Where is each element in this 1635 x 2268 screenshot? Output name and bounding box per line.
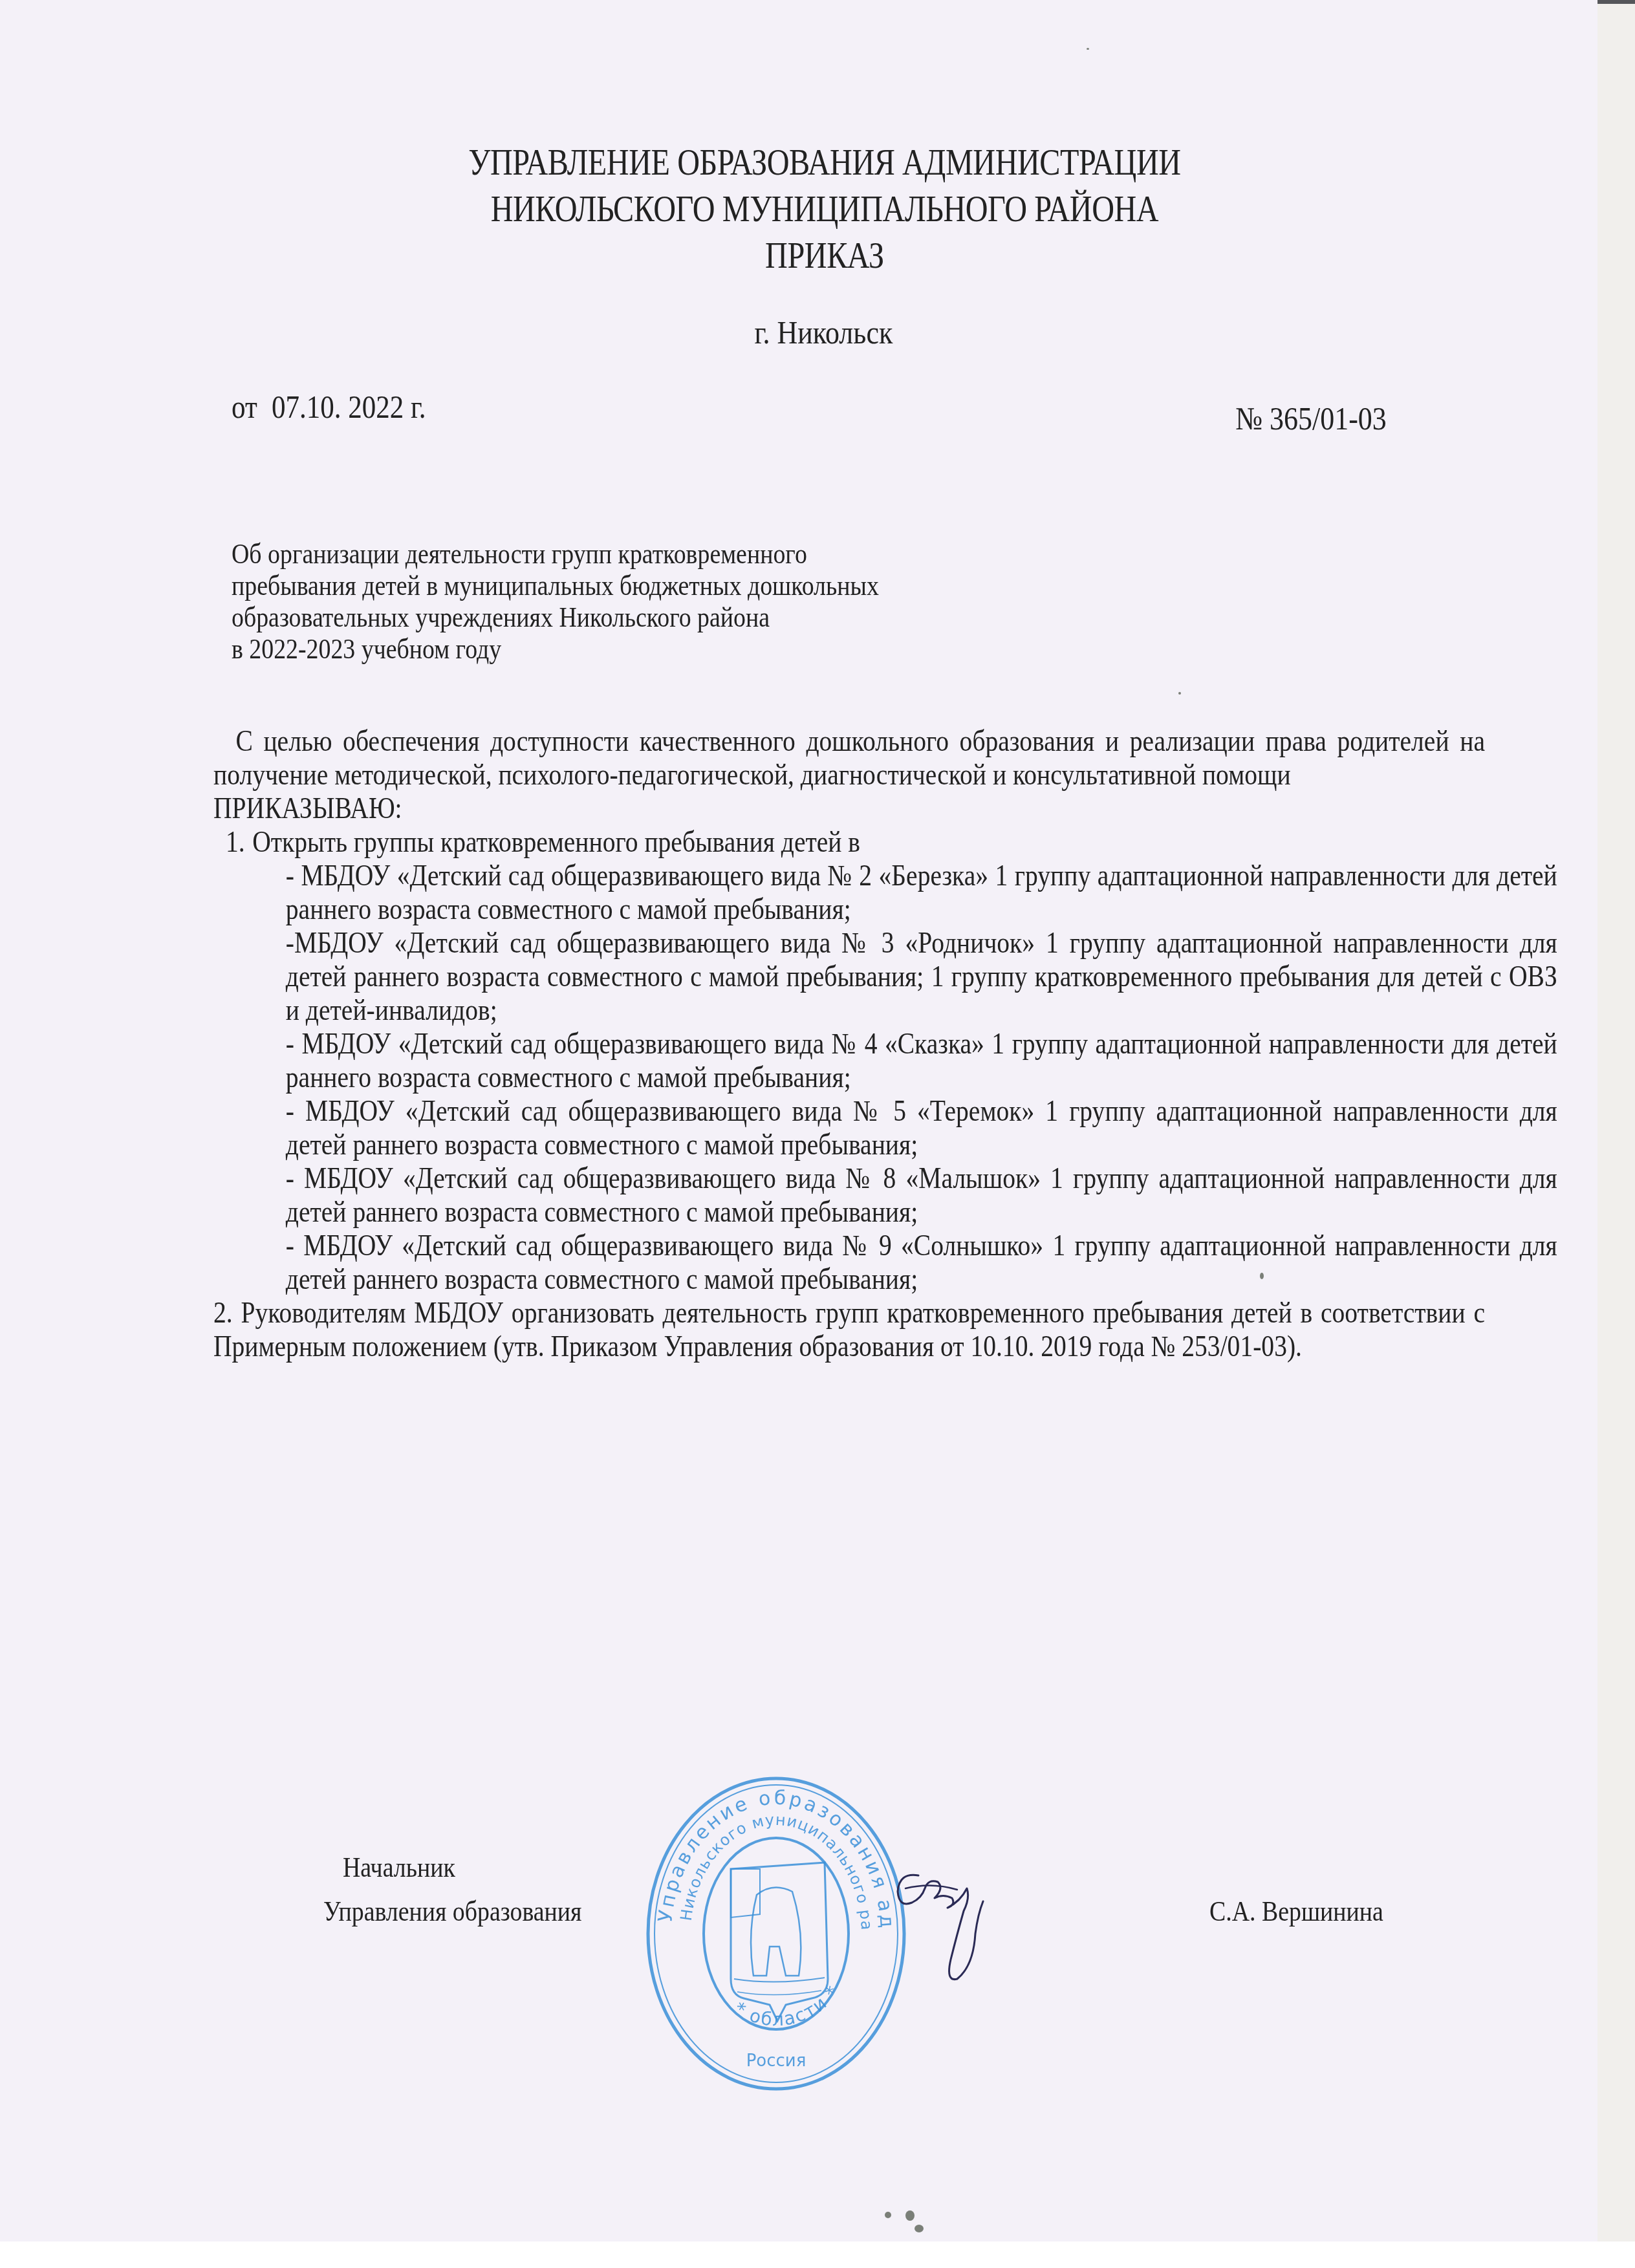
order-item-1: 1. Открыть группы кратковременного пребы… <box>213 825 1485 1296</box>
kindergarten-entry: - МБДОУ «Детский сад общеразвивающего ви… <box>213 1229 1557 1296</box>
ordering-word: ПРИКАЗЫВАЮ: <box>213 792 1485 825</box>
document-page: УПРАВЛЕНИЕ ОБРАЗОВАНИЯ АДМИНИСТРАЦИИ НИК… <box>0 0 1635 2268</box>
subject-line: в 2022-2023 учебном году <box>232 633 1066 665</box>
scan-speck <box>885 2212 891 2218</box>
subject-line: Об организации деятельности групп кратко… <box>232 538 1066 570</box>
preamble: С целью обеспечения доступности качестве… <box>213 724 1485 792</box>
item-number: 1. <box>226 825 245 859</box>
order-body: С целью обеспечения доступности качестве… <box>213 724 1485 1363</box>
handwritten-signature-icon <box>893 1863 1002 1992</box>
signatory-title-line-2: Управления образования <box>323 1895 581 1928</box>
order-subject: Об организации деятельности групп кратко… <box>232 538 1066 665</box>
svg-text:* области *: * области * <box>731 1981 844 2030</box>
date-prefix: от <box>232 388 257 426</box>
scan-speck <box>1260 1273 1264 1279</box>
signatory-title-line-1: Начальник <box>343 1851 455 1884</box>
issuer-line-1: УПРАВЛЕНИЕ ОБРАЗОВАНИЯ АДМИНИСТРАЦИИ <box>122 141 1528 185</box>
item-text: Открыть группы кратковременного пребыван… <box>252 825 860 858</box>
issuer-line-2: НИКОЛЬСКОГО МУНИЦИПАЛЬНОГО РАЙОНА <box>122 188 1528 232</box>
stamp-country-label: Россия <box>746 2051 807 2071</box>
kindergarten-entry: - МБДОУ «Детский сад общеразвивающего ви… <box>213 1161 1557 1229</box>
kindergarten-entry: -МБДОУ «Детский сад общеразвивающего вид… <box>213 926 1557 1027</box>
order-item-1-heading: 1. Открыть группы кратковременного пребы… <box>213 825 1524 859</box>
subject-line: образовательных учреждениях Никольского … <box>232 601 1066 633</box>
order-item-2: 2. Руководителям МБДОУ организовать деят… <box>213 1296 1485 1363</box>
order-number: № 365/01-03 <box>1235 400 1387 437</box>
kindergarten-entry: - МБДОУ «Детский сад общеразвивающего ви… <box>213 859 1557 926</box>
scan-speck <box>1178 692 1181 695</box>
official-stamp-icon: Управление образования администрации Ник… <box>640 1772 912 2095</box>
scan-speck <box>915 2225 924 2232</box>
kindergarten-entry: - МБДОУ «Детский сад общеразвивающего ви… <box>213 1094 1557 1161</box>
kindergarten-entry: - МБДОУ «Детский сад общеразвивающего ви… <box>213 1027 1557 1094</box>
subject-line: пребывания детей в муниципальных бюджетн… <box>232 570 1066 601</box>
signatory-name: С.А. Вершинина <box>1209 1895 1383 1928</box>
order-date: 07.10. 2022 г. <box>272 388 426 426</box>
scan-speck <box>905 2210 915 2221</box>
document-type: ПРИКАЗ <box>122 234 1528 278</box>
scan-speck <box>1087 48 1089 50</box>
city: г. Никольск <box>104 314 1543 351</box>
